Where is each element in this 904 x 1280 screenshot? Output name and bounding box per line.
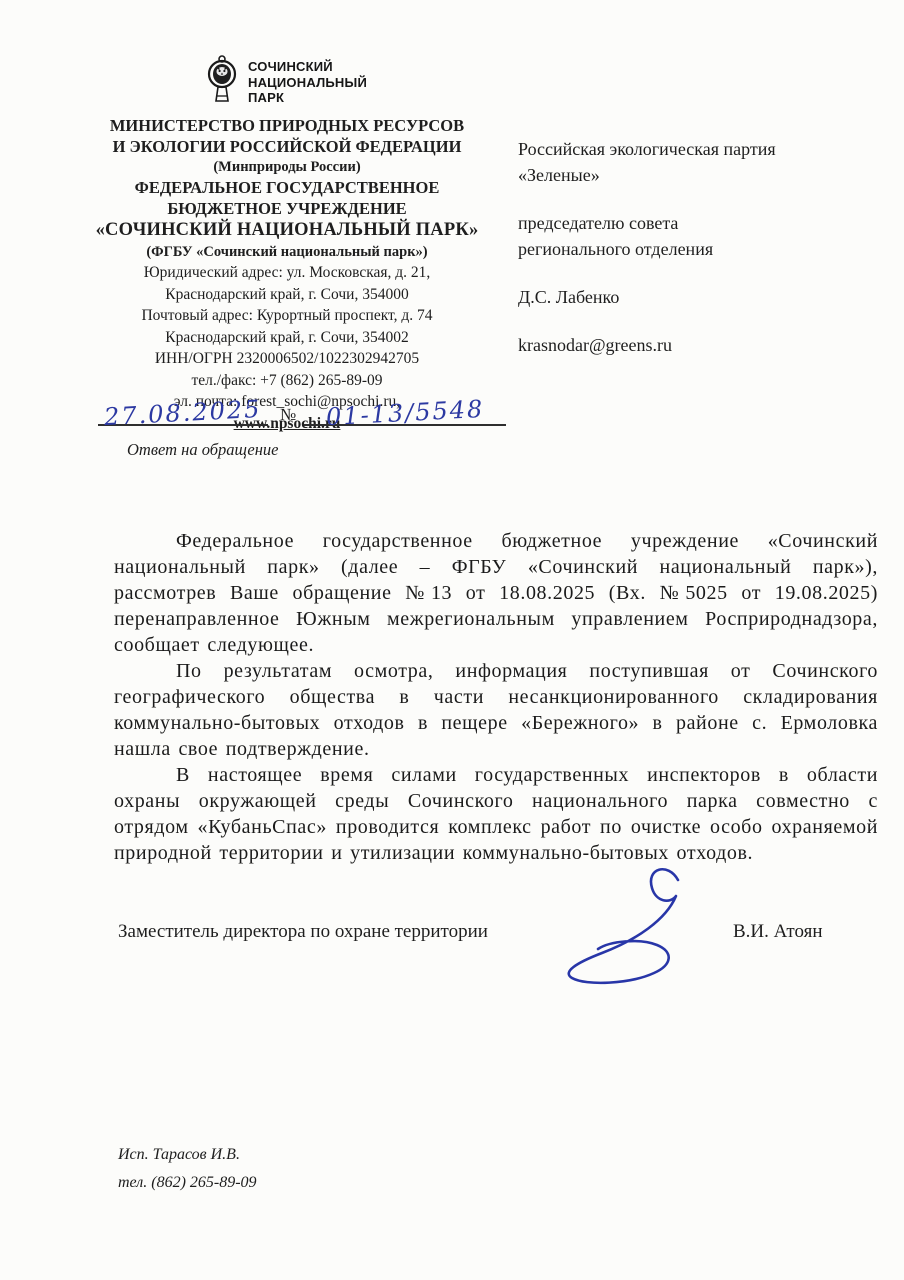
- postal-address-line: Краснодарский край, г. Сочи, 354002: [86, 327, 488, 349]
- postal-address-line: Почтовый адрес: Курортный проспект, д. 7…: [86, 305, 488, 327]
- executor-name: Исп. Тарасов И.В.: [118, 1141, 257, 1169]
- ministry-line: МИНИСТЕРСТВО ПРИРОДНЫХ РЕСУРСОВ: [86, 115, 488, 136]
- legal-address-line: Краснодарский край, г. Сочи, 354000: [86, 284, 488, 306]
- recipient-position: председателю совета регионального отделе…: [518, 210, 864, 262]
- letter-scan-page: СОЧИНСКИЙ НАЦИОНАЛЬНЫЙ ПАРК МИНИСТЕРСТВО…: [0, 0, 904, 1280]
- signer-name: В.И. Атоян: [733, 921, 823, 943]
- recipient-org-line: «Зеленые»: [518, 162, 864, 188]
- recipient-org-line: Российская экологическая партия: [518, 136, 864, 162]
- legal-address-line: Юридический адрес: ул. Московская, д. 21…: [86, 262, 488, 284]
- ministry-short-name: (Минприроды России): [86, 157, 488, 177]
- org-type-line: БЮДЖЕТНОЕ УЧРЕЖДЕНИЕ: [86, 198, 488, 219]
- date-field: 27.08.2025: [98, 399, 268, 426]
- org-type-line: ФЕДЕРАЛЬНОЕ ГОСУДАРСТВЕННОЕ: [86, 177, 488, 198]
- inn-ogrn-line: ИНН/ОГРН 2320006502/1022302942705: [86, 348, 488, 370]
- number-field: 01-13/5548: [304, 399, 506, 426]
- body-paragraph: По результатам осмотра, информация посту…: [114, 658, 878, 762]
- executor-block: Исп. Тарасов И.В. тел. (862) 265-89-09: [118, 1141, 257, 1197]
- subject-line: Ответ на обращение: [127, 440, 278, 460]
- logo-line: СОЧИНСКИЙ: [248, 59, 367, 75]
- handwritten-signature: [560, 866, 706, 986]
- body-paragraph: Федеральное государственное бюджетное уч…: [114, 528, 878, 658]
- ministry-line: И ЭКОЛОГИИ РОССИЙСКОЙ ФЕДЕРАЦИИ: [86, 136, 488, 157]
- handwritten-number: 01-13/5548: [325, 395, 485, 431]
- executor-phone: тел. (862) 265-89-09: [118, 1169, 257, 1197]
- org-name: «СОЧИНСКИЙ НАЦИОНАЛЬНЫЙ ПАРК»: [86, 219, 488, 242]
- phone-fax-line: тел./факс: +7 (862) 265-89-09: [86, 370, 488, 392]
- letter-body: Федеральное государственное бюджетное уч…: [114, 528, 878, 866]
- signer-position: Заместитель директора по охране территор…: [118, 921, 488, 943]
- logo-line: ПАРК: [248, 90, 367, 106]
- recipient-name: Д.С. Лабенко: [518, 284, 864, 310]
- handwritten-date: 27.08.2025: [104, 395, 263, 431]
- org-logo-text: СОЧИНСКИЙ НАЦИОНАЛЬНЫЙ ПАРК: [248, 59, 367, 106]
- recipient-org: Российская экологическая партия «Зеленые…: [518, 136, 864, 188]
- recipient-position-line: председателю совета: [518, 210, 864, 236]
- recipient-block: Российская экологическая партия «Зеленые…: [518, 136, 864, 380]
- recipient-email: krasnodar@greens.ru: [518, 332, 864, 358]
- org-short-name: (ФГБУ «Сочинский национальный парк»): [86, 242, 488, 262]
- number-sign: №: [268, 405, 304, 426]
- date-number-line: 27.08.2025 № 01-13/5548: [98, 390, 510, 426]
- letterhead: СОЧИНСКИЙ НАЦИОНАЛЬНЫЙ ПАРК МИНИСТЕРСТВО…: [86, 55, 488, 434]
- park-emblem-icon: [207, 55, 237, 110]
- logo-line: НАЦИОНАЛЬНЫЙ: [248, 75, 367, 91]
- org-logo: СОЧИНСКИЙ НАЦИОНАЛЬНЫЙ ПАРК: [86, 55, 488, 110]
- recipient-position-line: регионального отделения: [518, 236, 864, 262]
- body-paragraph: В настоящее время силами государственных…: [114, 762, 878, 866]
